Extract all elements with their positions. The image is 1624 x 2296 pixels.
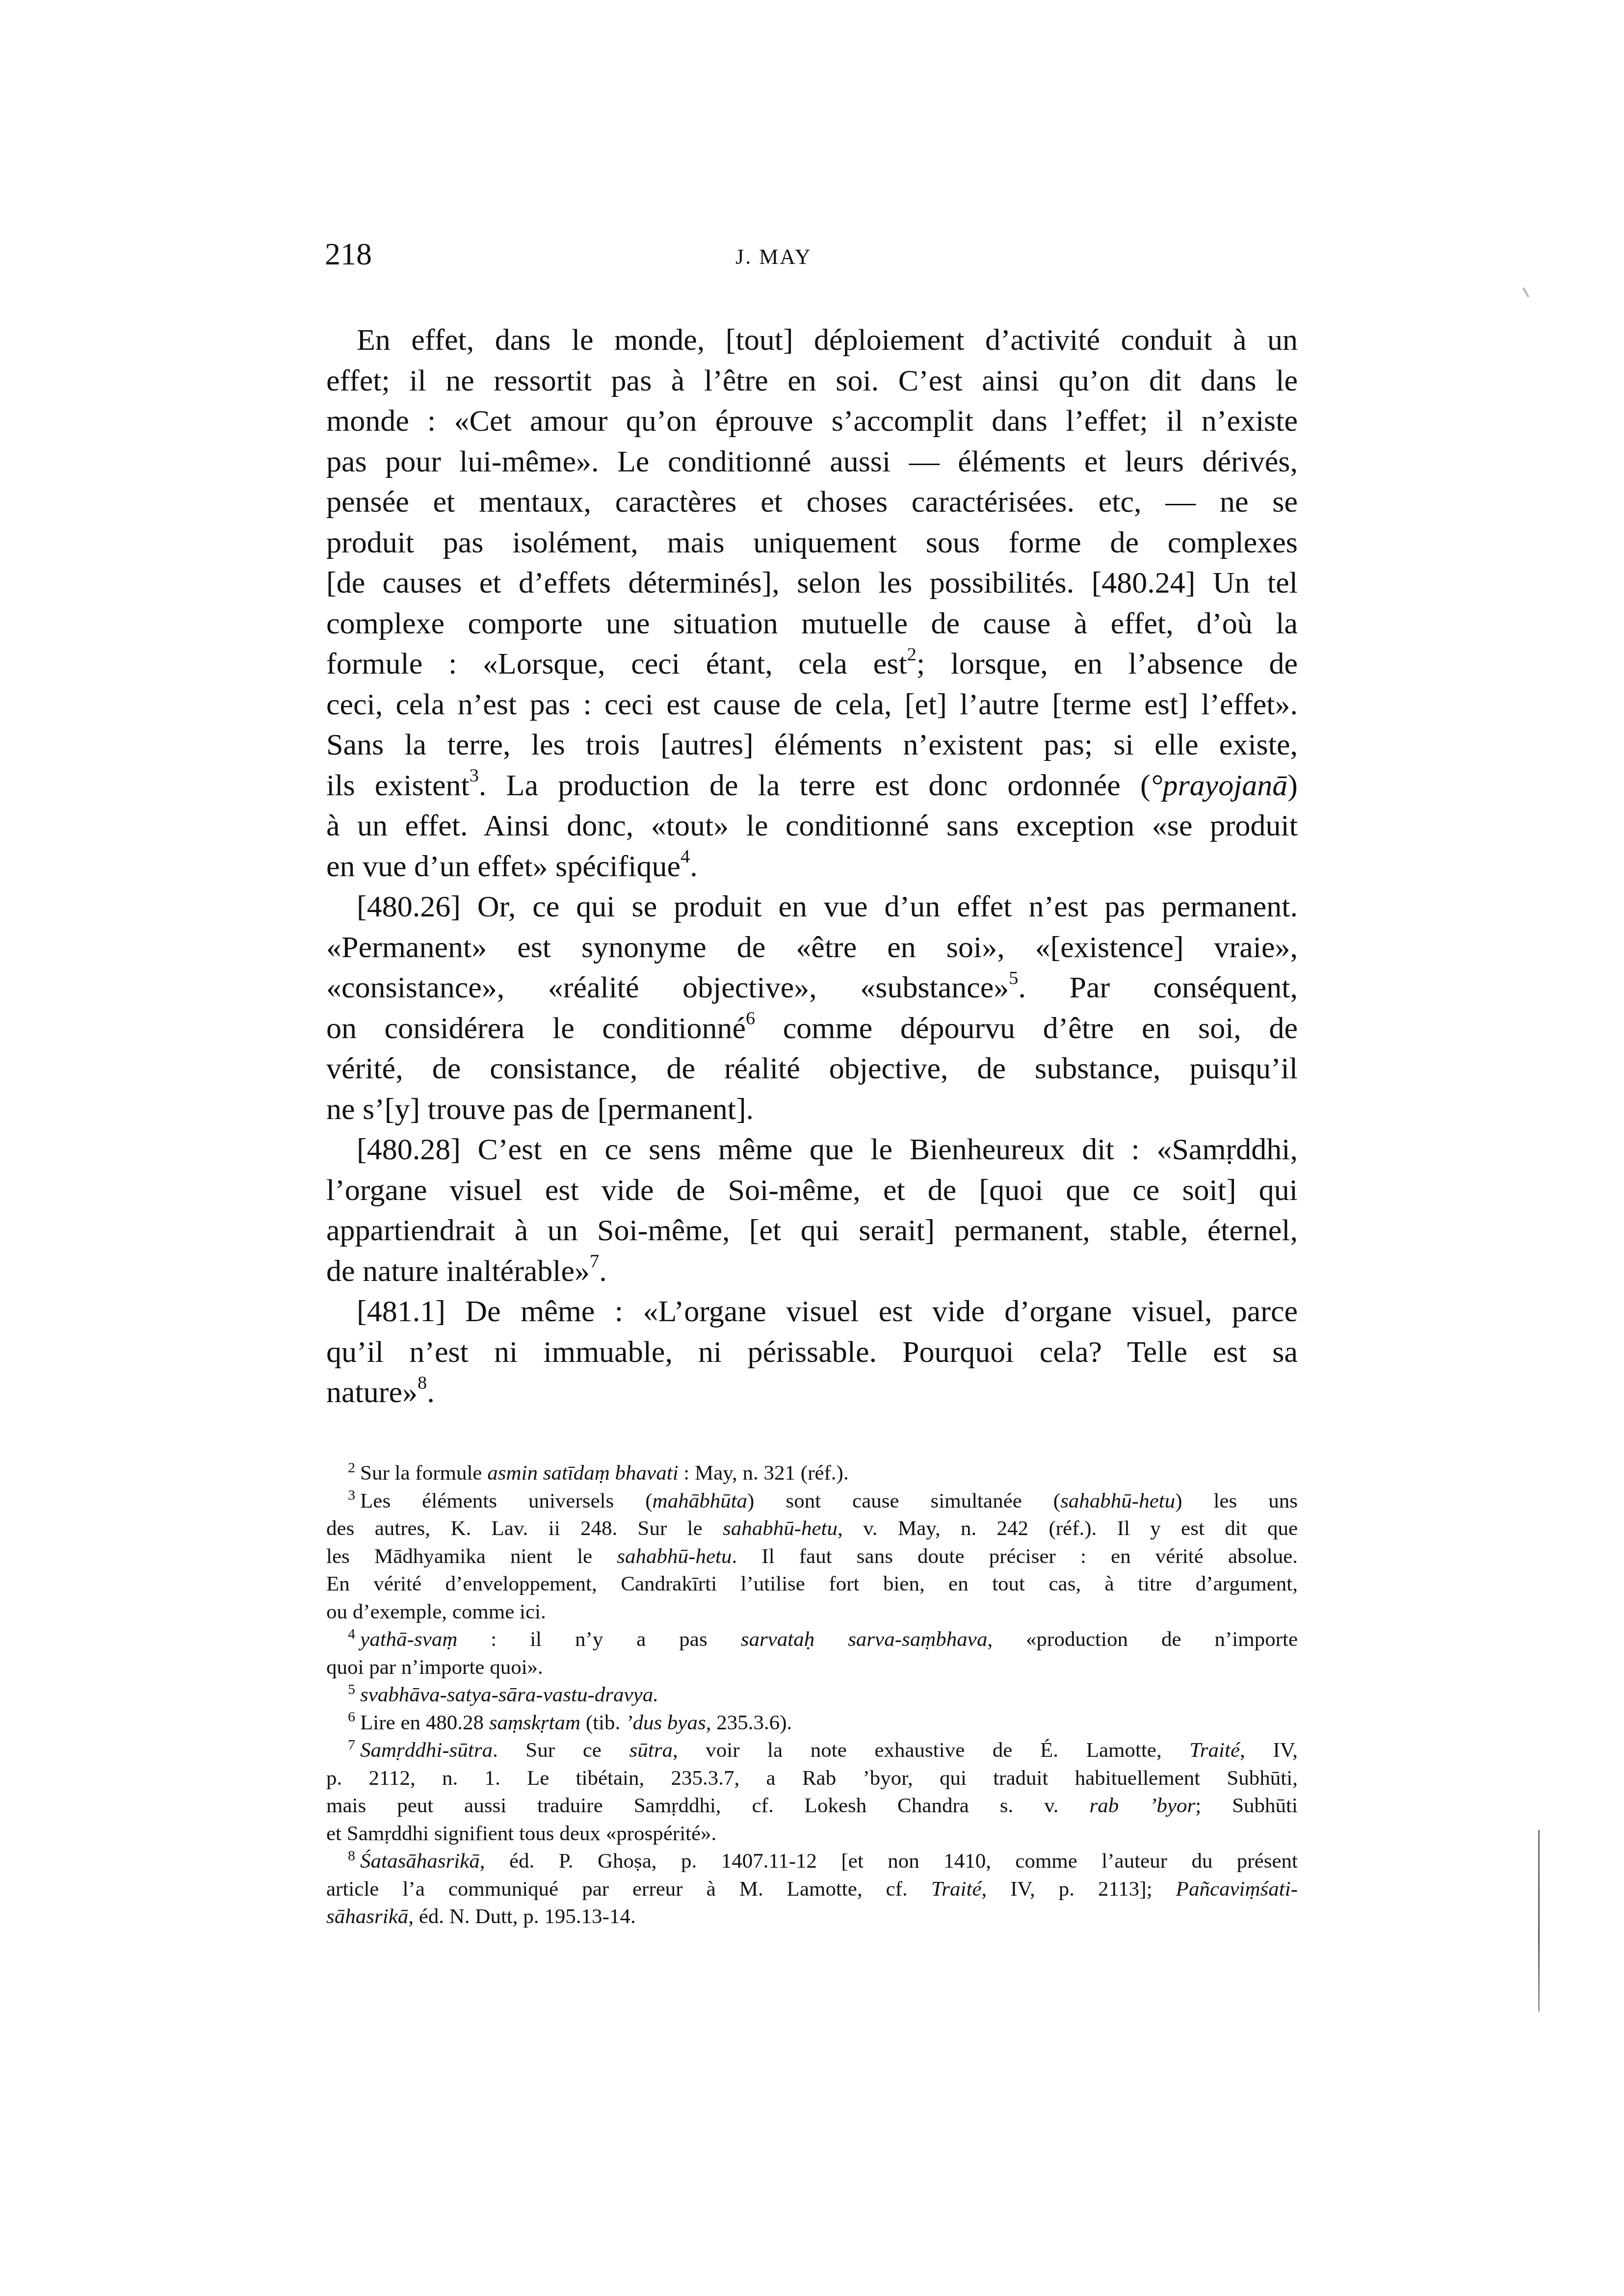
- text-run: en vue d’un effet» spécifique: [326, 850, 681, 883]
- footnote-line: 8Śatasāhasrikā, éd. P. Ghoṣa, p. 1407.11…: [326, 1848, 1298, 1876]
- text-line: ne s’[y] trouve pas de [permanent].: [326, 1089, 1298, 1130]
- footnote: 4yathā-svaṃ : il n’y a pas sarvataḥ sarv…: [326, 1626, 1298, 1681]
- text-line: [480.28] C’est en ce sens même que le Bi…: [326, 1129, 1298, 1170]
- document-page: 218 J. MAY En effet, dans le monde, [tou…: [0, 0, 1624, 2296]
- text-run: Lire en 480.28: [360, 1711, 489, 1734]
- footnote-line: 5svabhāva-satya-sāra-vastu-dravya.: [326, 1681, 1298, 1709]
- text-run: les Mādhyamika nient le: [326, 1545, 617, 1568]
- text-run: ; lorsque, en l’absence de: [917, 647, 1298, 680]
- footnote-line: et Samṛddhi signifient tous deux «prospé…: [326, 1820, 1298, 1848]
- sanskrit-term: Samṛddhi-sūtra: [360, 1739, 493, 1762]
- text-run: ): [1287, 769, 1298, 802]
- text-run: «consistance», «réalité objective», «sub…: [326, 971, 1009, 1004]
- footnote-number: 2: [348, 1459, 355, 1476]
- text-run: . Il faut sans doute préciser : en vérit…: [732, 1545, 1298, 1568]
- footnote-ref[interactable]: 5: [1009, 968, 1018, 989]
- text-run: .: [427, 1376, 435, 1409]
- footnote-number: 5: [348, 1681, 355, 1697]
- text-run: .: [690, 850, 698, 883]
- text-run: ) les uns: [1175, 1489, 1298, 1513]
- footnotes: 2Sur la formule asmin satīdaṃ bhavati : …: [326, 1460, 1298, 1931]
- text-run: , éd. P. Ghoṣa, p. 1407.11-12 [et non 14…: [480, 1850, 1298, 1873]
- text-run: , 235.3.6).: [706, 1711, 792, 1734]
- text-line: appartiendrait à un Soi-même, [et qui se…: [326, 1210, 1298, 1251]
- tibetan-term: ’dus byas: [626, 1711, 706, 1734]
- footnote-line: article l’a communiqué par erreur à M. L…: [326, 1876, 1298, 1904]
- text-line: [481.1] De même : «L’organe visuel est v…: [326, 1291, 1298, 1332]
- book-title: Traité: [931, 1878, 982, 1901]
- running-header: 218 J. MAY: [325, 235, 1299, 274]
- text-run: : May, n. 321 (réf.).: [679, 1461, 849, 1485]
- footnote-line: les Mādhyamika nient le sahabhū-hetu. Il…: [326, 1543, 1298, 1571]
- text-run: Sur la formule: [360, 1461, 487, 1485]
- sanskrit-term: yathā-svaṃ: [360, 1628, 457, 1651]
- text-line: de nature inaltérable»7.: [326, 1251, 1298, 1292]
- running-title: J. MAY: [325, 237, 1223, 277]
- text-line: à un effet. Ainsi donc, «tout» le condit…: [326, 806, 1298, 846]
- text-run: comme dépourvu d’être en soi, de: [755, 1012, 1298, 1045]
- footnote-line: 2Sur la formule asmin satīdaṃ bhavati : …: [326, 1460, 1298, 1487]
- footnote-line: 4yathā-svaṃ : il n’y a pas sarvataḥ sarv…: [326, 1626, 1298, 1654]
- sanskrit-term: sahabhū-hetu: [723, 1517, 838, 1540]
- sanskrit-term: asmin satīdaṃ bhavati: [487, 1461, 678, 1485]
- text-line: produit pas isolément, mais uniquement s…: [326, 522, 1298, 563]
- footnote-ref[interactable]: 4: [681, 846, 690, 867]
- footnote-number: 6: [348, 1708, 355, 1725]
- text-run: , voir la note exhaustive de É. Lamotte,: [673, 1739, 1189, 1762]
- footnote-line: 6Lire en 480.28 saṃskṛtam (tib. ’dus bya…: [326, 1709, 1298, 1737]
- footnote-number: 4: [348, 1625, 355, 1642]
- sanskrit-term: sarvataḥ sarva-saṃbhava: [741, 1628, 988, 1651]
- text-run: . Par conséquent,: [1019, 971, 1298, 1004]
- footnote-line: En vérité d’enveloppement, Candrakīrti l…: [326, 1570, 1298, 1598]
- text-run: : il n’y a pas: [457, 1628, 740, 1651]
- text-run: on considérera le conditionné: [326, 1012, 746, 1045]
- text-run: , v. May, n. 242 (réf.). Il y est dit qu…: [838, 1517, 1298, 1540]
- footnote-line: quoi par n’importe quoi».: [326, 1654, 1298, 1682]
- text-line: [480.26] Or, ce qui se produit en vue d’…: [326, 887, 1298, 927]
- footnote-line: p. 2112, n. 1. Le tibétain, 235.3.7, a R…: [326, 1765, 1298, 1793]
- book-title: Traité: [1189, 1739, 1240, 1762]
- text-run: , IV, p. 2113];: [982, 1878, 1176, 1901]
- text-run: , éd. N. Dutt, p. 195.13-14.: [408, 1905, 635, 1928]
- book-title: sāhasrikā: [326, 1905, 408, 1928]
- footnote-line: mais peut aussi traduire Samṛddhi, cf. L…: [326, 1792, 1298, 1820]
- sanskrit-term: sahabhū-hetu: [1060, 1489, 1175, 1513]
- footnote-ref[interactable]: 3: [470, 765, 479, 786]
- text-line: vérité, de consistance, de réalité objec…: [326, 1048, 1298, 1089]
- paragraph: En effet, dans le monde, [tout] déploiem…: [326, 320, 1298, 887]
- sanskrit-term: saṃskṛtam: [489, 1711, 580, 1734]
- paragraph: [480.26] Or, ce qui se produit en vue d’…: [326, 887, 1298, 1129]
- text-line: complexe comporte une situation mutuelle…: [326, 603, 1298, 644]
- scan-edge-line: [1538, 1830, 1540, 2011]
- text-run: Les éléments universels (: [360, 1489, 653, 1513]
- footnote: 6Lire en 480.28 saṃskṛtam (tib. ’dus bya…: [326, 1709, 1298, 1737]
- footnote: 5svabhāva-satya-sāra-vastu-dravya.: [326, 1681, 1298, 1709]
- text-run: mais peut aussi traduire Samṛddhi, cf. L…: [326, 1794, 1090, 1817]
- text-line: en vue d’un effet» spécifique4.: [326, 846, 1298, 887]
- text-line: [de causes et d’effets déterminés], selo…: [326, 563, 1298, 603]
- sanskrit-term: svabhāva-satya-sāra-vastu-dravya.: [360, 1683, 658, 1706]
- text-line: Sans la terre, les trois [autres] élémen…: [326, 725, 1298, 765]
- text-line: nature»8.: [326, 1372, 1298, 1413]
- footnote-number: 3: [348, 1487, 355, 1503]
- text-run: ) sont cause simultanée (: [747, 1489, 1060, 1513]
- book-title: Śatasāhasrikā: [360, 1850, 480, 1873]
- footnote-ref[interactable]: 7: [590, 1251, 599, 1272]
- footnote: 7Samṛddhi-sūtra. Sur ce sūtra, voir la n…: [326, 1737, 1298, 1848]
- sanskrit-term: sūtra: [629, 1739, 672, 1762]
- text-line: l’organe visuel est vide de Soi-même, et…: [326, 1170, 1298, 1211]
- footnote-line: 7Samṛddhi-sūtra. Sur ce sūtra, voir la n…: [326, 1737, 1298, 1765]
- text-run: des autres, K. Lav. ii 248. Sur le: [326, 1517, 723, 1540]
- text-line: qu’il n’est ni immuable, ni périssable. …: [326, 1332, 1298, 1373]
- paragraph: [480.28] C’est en ce sens même que le Bi…: [326, 1129, 1298, 1291]
- text-run: , «production de n’importe: [987, 1628, 1298, 1651]
- sanskrit-term: sahabhū-hetu: [617, 1545, 732, 1568]
- text-run: de nature inaltérable»: [326, 1254, 590, 1288]
- text-run: ils existent: [326, 769, 470, 802]
- footnote-ref[interactable]: 8: [418, 1373, 427, 1393]
- text-line: ils existent3. La production de la terre…: [326, 765, 1298, 806]
- text-run: formule : «Lorsque, ceci étant, cela est: [326, 647, 907, 680]
- main-text: En effet, dans le monde, [tout] déploiem…: [326, 320, 1298, 1413]
- text-run: ; Subhūti: [1195, 1794, 1298, 1817]
- text-line: «Permanent» est synonyme de «être en soi…: [326, 927, 1298, 968]
- tibetan-term: rab ’byor: [1090, 1794, 1196, 1817]
- sanskrit-term: °prayojanā: [1151, 769, 1288, 802]
- book-title: Pañcaviṃśati-: [1176, 1878, 1298, 1901]
- text-line: monde : «Cet amour qu’on éprouve s’accom…: [326, 401, 1298, 442]
- footnote-line: sāhasrikā, éd. N. Dutt, p. 195.13-14.: [326, 1903, 1298, 1931]
- footnote-number: 8: [348, 1847, 355, 1864]
- text-run: .: [599, 1254, 607, 1288]
- footnote-line: ou d’exemple, comme ici.: [326, 1598, 1298, 1626]
- sanskrit-term: mahābhūta: [653, 1489, 748, 1513]
- text-line: effet; il ne ressortit pas à l’être en s…: [326, 361, 1298, 401]
- footnote: 3Les éléments universels (mahābhūta) son…: [326, 1487, 1298, 1626]
- footnote: 2Sur la formule asmin satīdaṃ bhavati : …: [326, 1460, 1298, 1487]
- footnote-ref[interactable]: 2: [907, 644, 917, 665]
- text-line: En effet, dans le monde, [tout] déploiem…: [326, 320, 1298, 361]
- text-line: «consistance», «réalité objective», «sub…: [326, 967, 1298, 1008]
- text-run: , IV,: [1240, 1739, 1298, 1762]
- text-run: nature»: [326, 1376, 418, 1409]
- footnote-line: 3Les éléments universels (mahābhūta) son…: [326, 1487, 1298, 1515]
- footnote-number: 7: [348, 1736, 355, 1753]
- scan-mark: [1522, 287, 1529, 297]
- text-run: (tib.: [580, 1711, 626, 1734]
- footnote: 8Śatasāhasrikā, éd. P. Ghoṣa, p. 1407.11…: [326, 1848, 1298, 1931]
- text-line: pensée et mentaux, caractères et choses …: [326, 482, 1298, 522]
- text-line: on considérera le conditionné6 comme dép…: [326, 1008, 1298, 1049]
- text-run: article l’a communiqué par erreur à M. L…: [326, 1878, 931, 1901]
- footnote-line: des autres, K. Lav. ii 248. Sur le sahab…: [326, 1515, 1298, 1543]
- text-line: formule : «Lorsque, ceci étant, cela est…: [326, 644, 1298, 684]
- text-run: . La production de la terre est donc ord…: [479, 769, 1151, 802]
- paragraph: [481.1] De même : «L’organe visuel est v…: [326, 1291, 1298, 1413]
- text-line: ceci, cela n’est pas : ceci est cause de…: [326, 684, 1298, 725]
- text-run: . Sur ce: [493, 1739, 629, 1762]
- text-line: pas pour lui-même». Le conditionné aussi…: [326, 442, 1298, 482]
- footnote-ref[interactable]: 6: [746, 1008, 755, 1029]
